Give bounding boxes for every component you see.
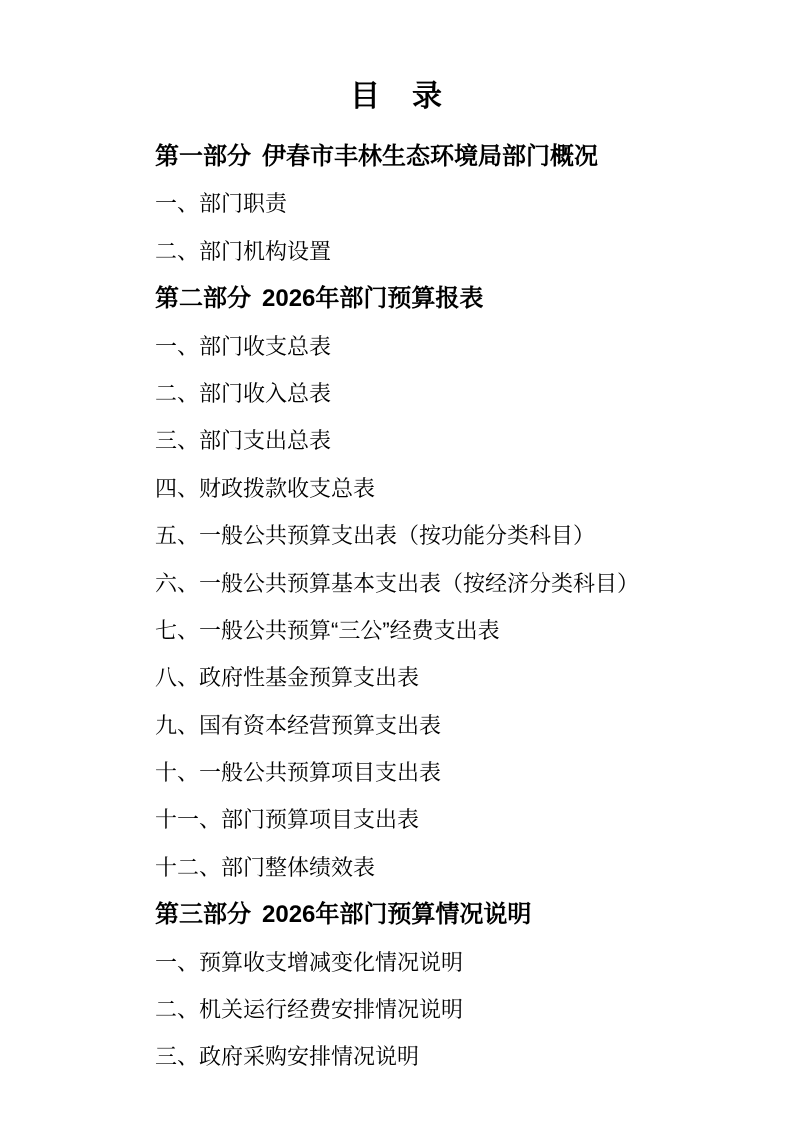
toc-item: 二、部门机构设置 — [155, 228, 753, 275]
toc-item: 八、政府性基金预算支出表 — [155, 654, 753, 701]
document-title: 目 录 — [0, 79, 793, 115]
toc-item: 五、一般公共预算支出表（按功能分类科目） — [155, 512, 753, 559]
toc-item: 十、一般公共预算项目支出表 — [155, 749, 753, 796]
toc-item: 三、政府采购安排情况说明 — [155, 1033, 753, 1080]
toc-item: 六、一般公共预算基本支出表（按经济分类科目） — [155, 560, 753, 607]
toc-item: 四、财政拨款收支总表 — [155, 465, 753, 512]
section-title: 2026年部门预算报表 — [262, 285, 483, 312]
toc-section-heading-part3: 第三部分2026年部门预算情况说明 — [155, 891, 753, 938]
toc-item: 二、机关运行经费安排情况说明 — [155, 986, 753, 1033]
toc-item: 九、国有资本经营预算支出表 — [155, 702, 753, 749]
toc-item: 十一、部门预算项目支出表 — [155, 796, 753, 843]
section-title: 伊春市丰林生态环境局部门概况 — [262, 143, 598, 170]
section-label: 第一部分 — [155, 143, 251, 170]
toc-item: 一、预算收支增减变化情况说明 — [155, 939, 753, 986]
toc-item: 一、部门收支总表 — [155, 323, 753, 370]
toc-item: 七、一般公共预算“三公”经费支出表 — [155, 607, 753, 654]
toc-item: 二、部门收入总表 — [155, 370, 753, 417]
toc-item: 三、部门支出总表 — [155, 417, 753, 464]
toc-section-heading-part1: 第一部分伊春市丰林生态环境局部门概况 — [155, 133, 753, 180]
toc-section-heading-part2: 第二部分2026年部门预算报表 — [155, 275, 753, 322]
section-label: 第三部分 — [155, 901, 251, 928]
table-of-contents: 第一部分伊春市丰林生态环境局部门概况 一、部门职责 二、部门机构设置 第二部分2… — [155, 133, 753, 1081]
document-page: 目 录 第一部分伊春市丰林生态环境局部门概况 一、部门职责 二、部门机构设置 第… — [0, 0, 793, 1122]
toc-item: 一、部门职责 — [155, 180, 753, 227]
section-label: 第二部分 — [155, 285, 251, 312]
toc-item: 十二、部门整体绩效表 — [155, 844, 753, 891]
section-title: 2026年部门预算情况说明 — [262, 901, 531, 928]
